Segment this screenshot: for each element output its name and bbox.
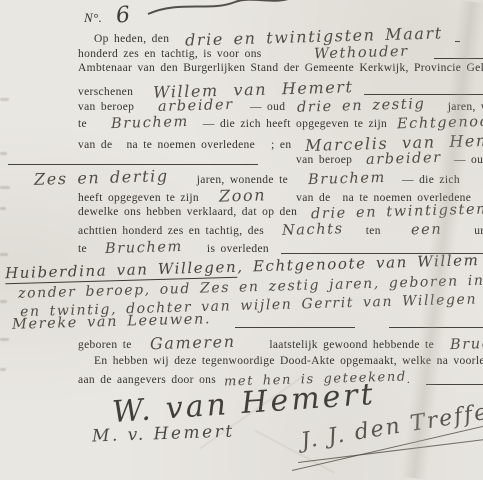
printed-text: van de xyxy=(78,139,112,151)
printed-text: verschenen xyxy=(78,86,133,98)
printed-text: Ambtenaar van den Burgerlijken Stand der… xyxy=(78,62,483,74)
line-deceased-name: Huiberdina van Willegen, Echtgenoote van… xyxy=(5,256,483,274)
handwritten-birthplace: Gameren xyxy=(149,332,235,353)
printed-text: jaren, wonende te xyxy=(197,174,288,186)
bleed-through-mark xyxy=(0,186,10,189)
printed-text: Op heden, den xyxy=(94,33,169,45)
bleed-through-mark xyxy=(0,98,9,101)
handwritten-official-title: Wethouder xyxy=(313,44,408,63)
printed-text: ure xyxy=(474,225,483,237)
printed-text: . xyxy=(407,374,410,386)
act-number-value: 6 xyxy=(115,2,133,28)
handwritten-age: drie en zestig xyxy=(297,96,426,116)
printed-text: ; en xyxy=(271,139,291,151)
printed-text: na te noemen overledene xyxy=(126,139,255,151)
handwritten-death-place: Bruchem xyxy=(105,239,183,257)
blank-rule xyxy=(8,160,258,165)
line-declarant2-age-residence: Zes en dertig jaren, wonende te Bruchem … xyxy=(34,168,483,187)
line-deceased-details2: en twintig, dochter van wijlen Gerrit va… xyxy=(20,296,483,312)
bleed-through-mark xyxy=(0,368,6,371)
act-number-label: N°. xyxy=(84,10,102,26)
handwritten-residence: Bruchem xyxy=(111,114,189,132)
printed-text: te xyxy=(78,118,87,130)
death-certificate-scan: { "colors": { "paper": "#e9e7e2", "print… xyxy=(0,0,483,480)
line-declarant2-name: van de na te noemen overledene ; en Marc… xyxy=(78,133,483,152)
printed-text: — die zich heeft opgegeven te zijn xyxy=(203,118,387,130)
line-declarant2-occupation: van beroep arbeider — oud xyxy=(8,151,483,167)
line-date-opening: Op heden, den drie en twintigsten Maart … xyxy=(94,27,483,46)
line-deceased-details1: zonder beroep, oud Zes en zestig jaren, … xyxy=(18,277,483,293)
printed-text: is overleden xyxy=(207,243,269,255)
line-municipality: Ambtenaar van den Burgerlijken Stand der… xyxy=(78,62,483,74)
handwritten-occupation: arbeider xyxy=(366,150,442,168)
printed-text: ten xyxy=(366,225,381,237)
handwritten-occupation: arbeider xyxy=(158,97,234,115)
handwritten-last-residence: Bruchem xyxy=(450,335,483,353)
printed-text: geboren te xyxy=(78,339,132,351)
blank-rule xyxy=(235,323,355,328)
printed-text: aan de aangevers door ons xyxy=(78,374,216,386)
printed-text: — oud xyxy=(250,101,285,113)
printed-text: van beroep xyxy=(296,154,352,166)
line-declarant1-occupation-age: van beroep arbeider — oud drie en zestig… xyxy=(78,98,483,114)
bleed-through-mark xyxy=(0,152,7,155)
line-declarant1-residence-relation: te Bruchem — die zich heeft opgegeven te… xyxy=(78,115,483,131)
bleed-through-mark xyxy=(0,207,6,210)
printed-text: te xyxy=(78,243,87,255)
line-official: honderd zes en tachtig, is voor ons Weth… xyxy=(78,45,483,61)
printed-text: dewelke ons hebben verklaard, dat op den xyxy=(78,206,297,218)
line-death-time: achttien honderd zes en tachtig, des Nac… xyxy=(78,222,483,238)
line-deceased-mother: Mereke van Leeuwen. xyxy=(12,314,483,330)
handwritten-mother-name: Mereke van Leeuwen. xyxy=(12,311,212,333)
handwritten-time-of-day: Nachts xyxy=(282,221,344,239)
printed-text: achttien honderd zes en tachtig, des xyxy=(78,225,264,237)
bleed-through-mark xyxy=(0,300,7,303)
printed-text: honderd zes en tachtig, is voor ons xyxy=(78,48,262,60)
bleed-through-mark xyxy=(0,253,8,256)
printed-text: laatstelijk gewoond hebbende te xyxy=(269,339,434,351)
line-death-date: dewelke ons hebben verklaard, dat op den… xyxy=(78,203,483,219)
bleed-through-mark xyxy=(0,338,9,341)
printed-text: van beroep xyxy=(78,101,134,113)
signature-declarant2: M. v. Hemert xyxy=(92,422,235,447)
